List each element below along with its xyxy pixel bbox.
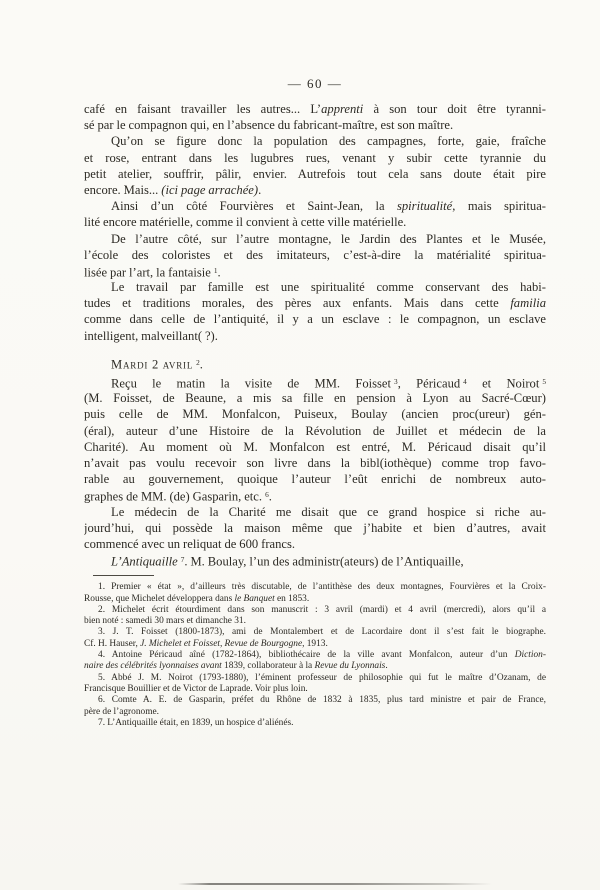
text-segment: à son tour doit être tyranni-	[363, 102, 546, 116]
text-line: Rousse, que Michelet développera dans le…	[84, 594, 546, 605]
footnote: 5. Abbé J. M. Noirot (1793-1880), l’émin…	[84, 673, 546, 696]
text-line: Reçu le matin la visite de MM. Foisset3,…	[84, 374, 546, 390]
text-line: Cf. H. Hauser, J. Michelet et Foisset, R…	[84, 639, 546, 650]
text-segment: .	[385, 661, 387, 671]
text-segment: Le travail par famille est une spiritual…	[111, 280, 546, 294]
text-line: bien noté : samedi 30 mars et dimanche 3…	[84, 616, 546, 627]
text-segment: 1. Premier « état », d’ailleurs très dis…	[98, 582, 546, 592]
text-segment: apprenti	[321, 102, 363, 116]
text-line: 3. J. T. Foisset (1800-1873), ami de Mon…	[84, 627, 546, 638]
text-line: n’avait pas voulu recevoir son livre dan…	[84, 455, 546, 471]
footnote: 4. Antoine Péricaud aîné (1782-1864), bi…	[84, 650, 546, 673]
text-segment: spiritualité	[397, 199, 452, 213]
text-line: Charité). Au moment où M. Monfalcon est …	[84, 439, 546, 455]
page-content: — 60 — café en faisant travailler les au…	[84, 76, 546, 729]
text-segment: Mardi 2 avril	[111, 357, 193, 371]
footnote: 7. L’Antiquaille était, en 1839, un hosp…	[84, 718, 546, 729]
text-segment: Ainsi d’un côté Fourvières et Saint-Jean…	[111, 199, 397, 213]
text-segment: .	[200, 357, 204, 371]
text-line: Qu’on se figure donc la population des c…	[84, 133, 546, 149]
text-segment: (ici page arrachée)	[161, 183, 258, 197]
text-line: lité encore matérielle, comme il convien…	[84, 214, 546, 230]
text-line: sé par le compagnon qui, en l’absence du…	[84, 117, 546, 133]
text-segment: Qu’on se figure donc la population des c…	[111, 134, 546, 148]
text-segment: tudes et traditions morales, des pères a…	[84, 296, 510, 310]
text-line: et rose, entrant dans les lugubres rues,…	[84, 150, 546, 166]
text-segment: le Banquet	[235, 594, 275, 604]
text-line: De l’autre côté, sur l’autre montagne, l…	[84, 231, 546, 247]
text-line: petit atelier, souffrir, pâlir, envier. …	[84, 166, 546, 182]
text-line: 2. Michelet écrit étourdiment dans son m…	[84, 605, 546, 616]
text-segment: et rose, entrant dans les lugubres rues,…	[84, 151, 546, 165]
text-line: Le travail par famille est une spiritual…	[84, 279, 546, 295]
text-segment: père de l’agronome.	[84, 707, 159, 717]
footnote: 6. Comte A. E. de Gasparin, préfet du Rh…	[84, 695, 546, 718]
text-segment: familia	[510, 296, 546, 310]
text-segment: , Péricaud	[398, 377, 460, 391]
text-line: Mardi 2 avril2.	[84, 355, 546, 371]
text-line: Francisque Bouillier et de Victor de Lap…	[84, 684, 546, 695]
text-line: 1. Premier « état », d’ailleurs très dis…	[84, 582, 546, 593]
text-segment: .	[217, 266, 220, 280]
footnote: 3. J. T. Foisset (1800-1873), ami de Mon…	[84, 627, 546, 650]
text-segment: 7. L’Antiquaille était, en 1839, un hosp…	[98, 718, 294, 728]
text-segment: bien noté : samedi 30 mars et dimanche 3…	[84, 616, 246, 626]
text-line: intelligent, malveillant( ?).	[84, 328, 546, 344]
text-segment: sé par le compagnon qui, en l’absence du…	[84, 118, 453, 132]
text-segment: encore. Mais...	[84, 183, 161, 197]
text-line: puis celle de MM. Monfalcon, Puiseux, Bo…	[84, 406, 546, 422]
book-page: — 60 — café en faisant travailler les au…	[0, 0, 600, 890]
text-segment: (M. Foisset, de Beaune, a mis sa fille e…	[84, 391, 546, 405]
text-segment: Cf. H. Hauser,	[84, 639, 140, 649]
text-segment: Revue du Lyonnais	[314, 661, 385, 671]
text-segment: Rousse, que Michelet développera dans	[84, 594, 235, 604]
text-segment: Charité). Au moment où M. Monfalcon est …	[84, 440, 546, 454]
text-line: graphes de MM. (de) Gasparin, etc.6.	[84, 487, 546, 503]
text-segment: 1839, collaborateur à la	[222, 661, 315, 671]
scan-artifact-line	[178, 883, 492, 885]
paragraph: Le travail par famille est une spiritual…	[84, 279, 546, 344]
paragraph: Reçu le matin la visite de MM. Foisset3,…	[84, 374, 546, 504]
text-line: 4. Antoine Péricaud aîné (1782-1864), bi…	[84, 650, 546, 661]
text-segment: , mais spiritua-	[452, 199, 546, 213]
text-line: café en faisant travailler les autres...…	[84, 101, 546, 117]
text-segment: J. Michelet et Foisset, Revue de Bourgog…	[140, 639, 302, 649]
text-segment: jourd’hui, qui possède la maison même qu…	[84, 521, 546, 535]
text-segment: L’Antiquaille	[111, 555, 178, 569]
text-line: comme dans celle de l’antiquité, il y a …	[84, 311, 546, 327]
text-segment: intelligent, malveillant( ?).	[84, 329, 218, 343]
text-line: (éral), auteur d’une Histoire de la Révo…	[84, 423, 546, 439]
text-line: père de l’agronome.	[84, 707, 546, 718]
text-segment: café en faisant travailler les autres...…	[84, 102, 321, 116]
text-segment: 4. Antoine Péricaud aîné (1782-1864), bi…	[98, 650, 515, 660]
text-segment: commencé avec un reliquat de 600 francs.	[84, 537, 295, 551]
text-segment: .	[269, 490, 272, 504]
text-line: Le médecin de la Charité me disait que c…	[84, 504, 546, 520]
body-text: café en faisant travailler les autres...…	[84, 101, 546, 568]
text-segment: comme dans celle de l’antiquité, il y a …	[84, 312, 546, 326]
text-segment: (éral), auteur d’une Histoire de la Révo…	[84, 424, 546, 438]
footnote: 1. Premier « état », d’ailleurs très dis…	[84, 582, 546, 605]
text-segment: , 1913.	[302, 639, 328, 649]
text-segment: 6. Comte A. E. de Gasparin, préfet du Rh…	[98, 695, 546, 705]
text-line: 6. Comte A. E. de Gasparin, préfet du Rh…	[84, 695, 546, 706]
text-segment: 5. Abbé J. M. Noirot (1793-1880), l’émin…	[98, 673, 546, 683]
text-segment: et Noirot	[467, 377, 540, 391]
text-segment: . M. Boulay, l’un des administr(ateurs) …	[184, 555, 463, 569]
page-number: — 60 —	[84, 76, 546, 92]
text-line: (M. Foisset, de Beaune, a mis sa fille e…	[84, 390, 546, 406]
text-segment: puis celle de MM. Monfalcon, Puiseux, Bo…	[84, 407, 546, 421]
text-segment: Le médecin de la Charité me disait que c…	[111, 505, 546, 519]
text-segment: De l’autre côté, sur l’autre montagne, l…	[111, 232, 546, 246]
text-line: Ainsi d’un côté Fourvières et Saint-Jean…	[84, 198, 546, 214]
paragraph: café en faisant travailler les autres...…	[84, 101, 546, 133]
footnote-separator	[93, 575, 154, 576]
paragraph: Qu’on se figure donc la population des c…	[84, 133, 546, 198]
text-segment: l’école des coloristes et des imitateurs…	[84, 248, 546, 262]
footnotes: 1. Premier « état », d’ailleurs très dis…	[84, 582, 546, 729]
paragraph: Ainsi d’un côté Fourvières et Saint-Jean…	[84, 198, 546, 230]
text-line: naire des célébrités lyonnaises avant 18…	[84, 661, 546, 672]
text-line: lisée par l’art, la fantaisie1.	[84, 263, 546, 279]
text-line: 7. L’Antiquaille était, en 1839, un hosp…	[84, 718, 546, 729]
text-segment: .	[258, 183, 261, 197]
text-segment: en 1853.	[275, 594, 309, 604]
text-line: 5. Abbé J. M. Noirot (1793-1880), l’émin…	[84, 673, 546, 684]
paragraph: Le médecin de la Charité me disait que c…	[84, 504, 546, 553]
text-segment: graphes de MM. (de) Gasparin, etc.	[84, 490, 262, 504]
text-segment: lisée par l’art, la fantaisie	[84, 266, 211, 280]
text-line: l’école des coloristes et des imitateurs…	[84, 247, 546, 263]
text-segment: 2. Michelet écrit étourdiment dans son m…	[98, 605, 546, 615]
text-segment: rable au gouvernement, quoique l’auteur …	[84, 472, 546, 486]
text-segment: Diction-	[515, 650, 546, 660]
footnote-reference: 5	[542, 377, 546, 386]
text-segment: Reçu le matin la visite de MM. Foisset	[111, 377, 391, 391]
text-line: encore. Mais... (ici page arrachée).	[84, 182, 546, 198]
text-segment: 3. J. T. Foisset (1800-1873), ami de Mon…	[98, 627, 546, 637]
paragraph: L’Antiquaille7. M. Boulay, l’un des admi…	[84, 552, 546, 568]
text-segment: lité encore matérielle, comme il convien…	[84, 215, 406, 229]
text-segment: petit atelier, souffrir, pâlir, envier. …	[84, 167, 546, 181]
footnote: 2. Michelet écrit étourdiment dans son m…	[84, 605, 546, 628]
text-segment: naire des célébrités lyonnaises avant	[84, 661, 222, 671]
text-line: jourd’hui, qui possède la maison même qu…	[84, 520, 546, 536]
text-line: tudes et traditions morales, des pères a…	[84, 295, 546, 311]
date-heading: Mardi 2 avril2.	[84, 355, 546, 371]
text-segment: n’avait pas voulu recevoir son livre dan…	[84, 456, 546, 470]
text-line: rable au gouvernement, quoique l’auteur …	[84, 471, 546, 487]
text-line: commencé avec un reliquat de 600 francs.	[84, 536, 546, 552]
text-segment: Francisque Bouillier et de Victor de Lap…	[84, 684, 308, 694]
paragraph: De l’autre côté, sur l’autre montagne, l…	[84, 231, 546, 280]
text-line: L’Antiquaille7. M. Boulay, l’un des admi…	[84, 552, 546, 568]
